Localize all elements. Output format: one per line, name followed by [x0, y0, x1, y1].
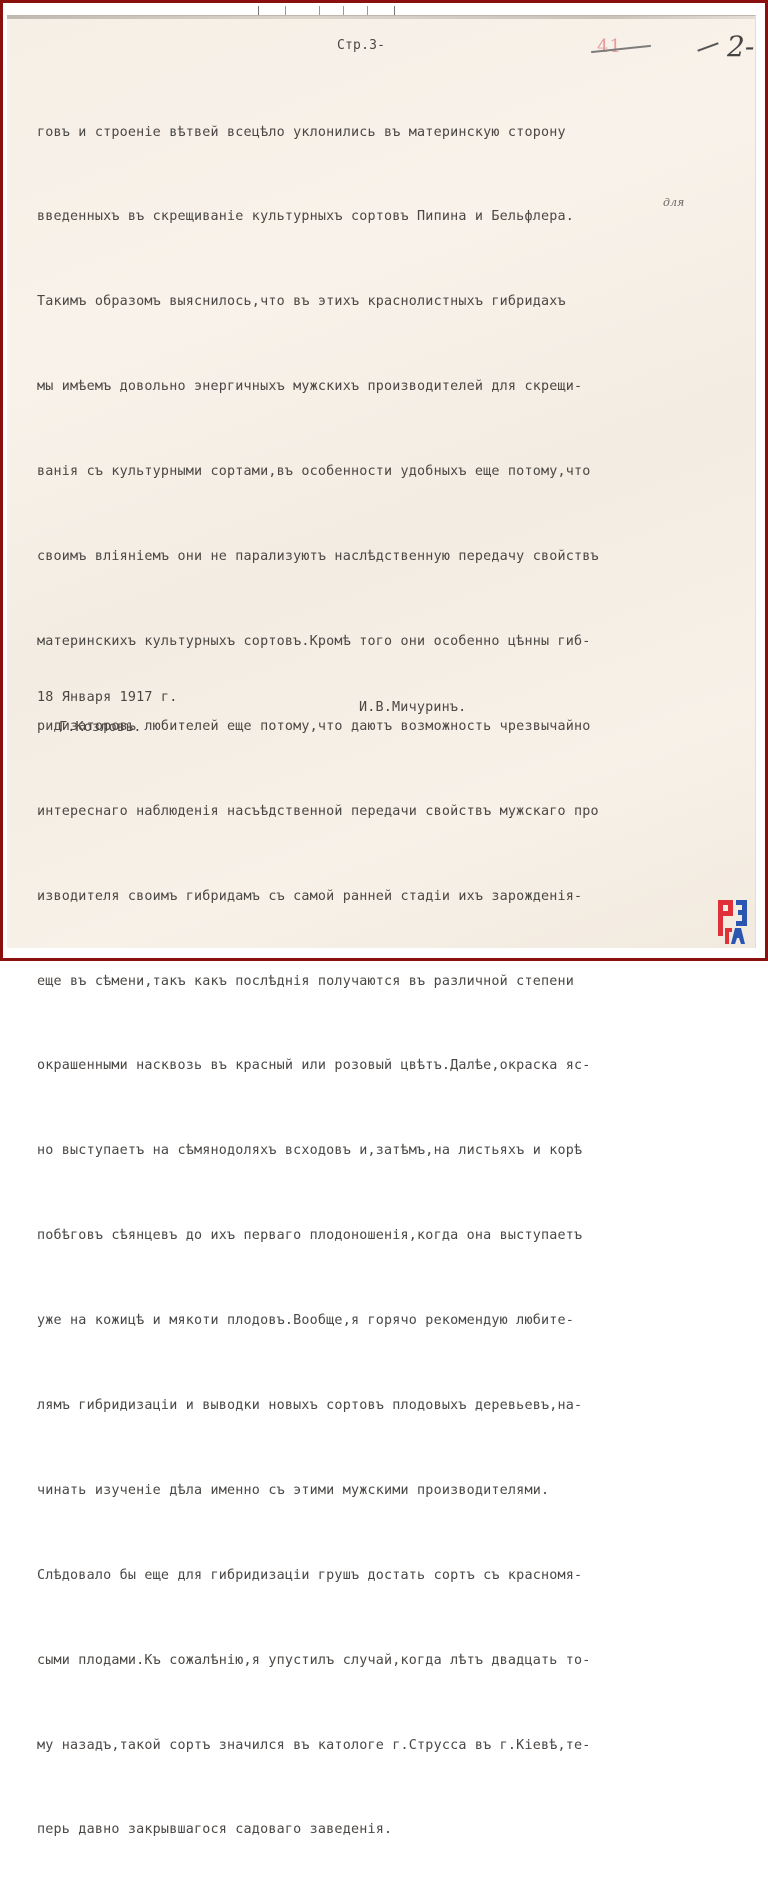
- text-line: материнскихъ культурныхъ сортовъ.Кромѣ т…: [37, 628, 757, 656]
- text-line: своимъ вліяніемъ они не парализуютъ насл…: [37, 543, 757, 571]
- document-page: Стр.3- 41 2- для говъ и строеніе вѣтвей …: [7, 15, 756, 948]
- text-line: интереснаго наблюденія насъѣдственной пе…: [37, 798, 757, 826]
- text-line: изводителя своимъ гибридамъ съ самой ран…: [37, 883, 757, 911]
- page-label: Стр.3-: [337, 38, 385, 53]
- text-line: введенныхъ въ скрещиваніе культурныхъ со…: [37, 203, 757, 231]
- document-place: Г.Козловъ.: [59, 720, 142, 735]
- signature: И.В.Мичуринъ.: [359, 700, 466, 715]
- document-body: говъ и строеніе вѣтвей всецѣло уклонилис…: [37, 62, 757, 961]
- text-line: ридизаторовъ любителей еще потому,что да…: [37, 713, 757, 741]
- folio-number: 2-: [727, 30, 754, 63]
- document-date: 18 Января 1917 г.: [37, 690, 177, 705]
- text-line: говъ и строеніе вѣтвей всецѣло уклонилис…: [37, 119, 757, 147]
- folio-dash: [697, 42, 718, 51]
- rga-logo-icon: [717, 896, 749, 946]
- archive-number: 41: [597, 36, 622, 57]
- text-line: ванія съ культурными сортами,въ особенно…: [37, 458, 757, 486]
- paper-tab: [258, 6, 395, 15]
- text-line: Такимъ образомъ выяснилось,что въ этихъ …: [37, 288, 757, 316]
- document-frame: Стр.3- 41 2- для говъ и строеніе вѣтвей …: [0, 0, 768, 961]
- text-line: мы имѣемъ довольно энергичныхъ мужскихъ …: [37, 373, 757, 401]
